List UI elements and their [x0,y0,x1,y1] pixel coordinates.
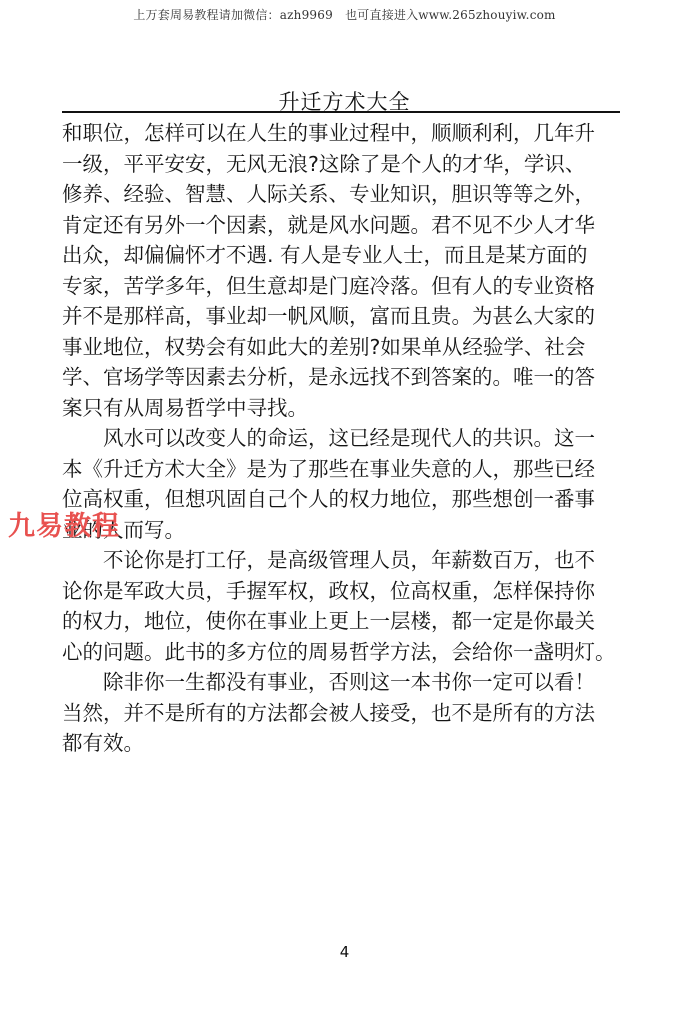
text-line: 的权力，地位，使你在事业上更上一层楼，都一定是你最关 [62,606,642,637]
paragraph-start-line: 风水可以改变人的命运，这已经是现代人的共识。这一 [62,423,642,454]
text-line: 心的问题。此书的多方位的周易哲学方法，会给你一盏明灯。 [62,637,642,668]
text-line: 本《升迁方术大全》是为了那些在事业失意的人，那些已经 [62,454,642,485]
text-line: 修养、经验、智慧、人际关系、专业知识，胆识等等之外， [62,179,642,210]
text-line: 案只有从周易哲学中寻找。 [62,393,642,424]
paragraph-start-line: 除非你一生都没有事业，否则这一本书你一定可以看！ [62,667,642,698]
text-line: 都有效。 [62,728,642,759]
text-line: 专家，苦学多年，但生意却是门庭冷落。但有人的专业资格 [62,271,642,302]
paragraph-start-line: 不论你是打工仔，是高级管理人员，年薪数百万，也不 [62,545,642,576]
top-watermark-text: 上万套周易教程请加微信：azh9969 也可直接进入www.265zhouyiw… [0,6,689,23]
text-line: 肯定还有另外一个因素，就是风水问题。君不见不少人才华 [62,210,642,241]
text-line: 并不是那样高，事业却一帆风顺，富而且贵。为甚么大家的 [62,301,642,332]
text-line: 业的人而写。 [62,515,642,546]
watermark-stamp: 九易教程 [8,504,120,543]
text-line: 事业地位，权势会有如此大的差别?如果单从经验学、社会 [62,332,642,363]
text-line: 和职位，怎样可以在人生的事业过程中，顺顺利利，几年升 [62,118,642,149]
header-rule-divider [62,111,620,113]
text-line: 出众，却偏偏怀才不遇. 有人是专业人士，而且是某方面的 [62,240,642,271]
text-line: 位高权重，但想巩固自己个人的权力地位，那些想创一番事 [62,484,642,515]
text-line: 当然，并不是所有的方法都会被人接受，也不是所有的方法 [62,698,642,729]
body-text: 和职位，怎样可以在人生的事业过程中，顺顺利利，几年升 一级，平平安安，无风无浪?… [62,118,642,759]
text-line: 一级，平平安安，无风无浪?这除了是个人的才华，学识、 [62,149,642,180]
page-number: 4 [0,943,689,961]
text-line: 学、官场学等因素去分析，是永远找不到答案的。唯一的答 [62,362,642,393]
text-line: 论你是军政大员，手握军权，政权，位高权重，怎样保持你 [62,576,642,607]
